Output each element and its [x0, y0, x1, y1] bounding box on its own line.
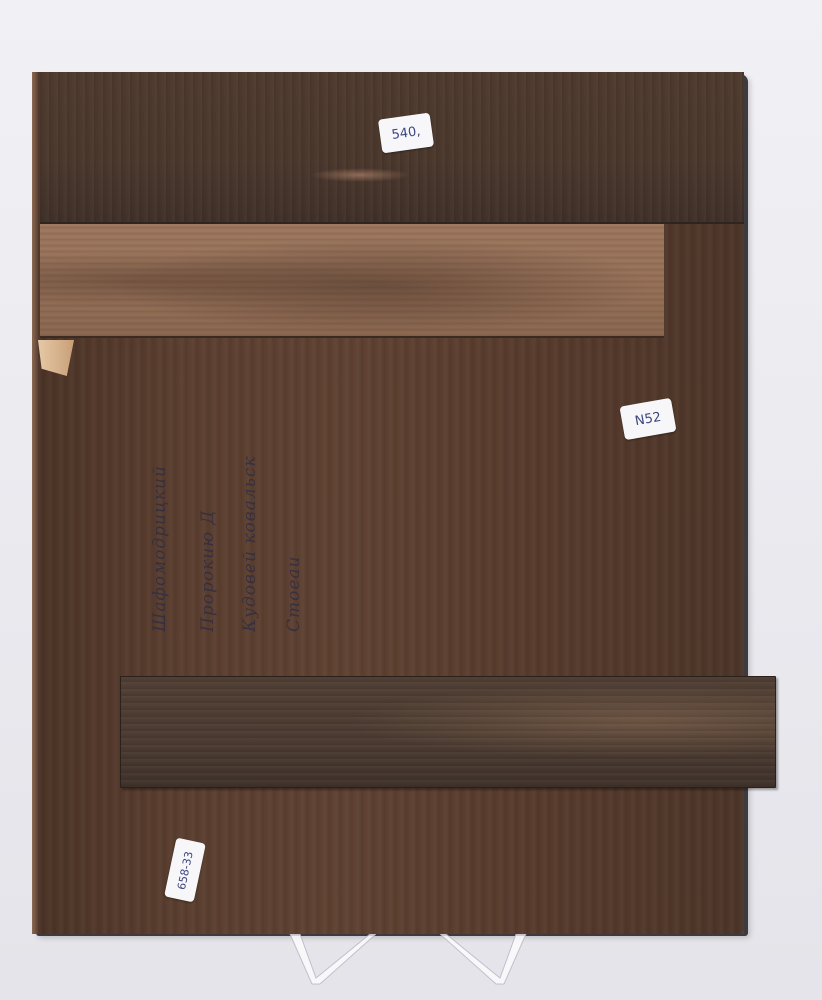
tag-text: 658-33 [175, 850, 196, 891]
inscription-line-1: Шафомодрицкий [150, 465, 170, 632]
inscription-line-4: Стоеаи [284, 555, 304, 632]
price-tag-top: 540, [378, 113, 434, 154]
tag-text: N52 [634, 409, 662, 428]
wooden-panel: Шафомодрицкий Пророкию Д Кудовей ковальс… [32, 72, 744, 934]
wood-chip [38, 340, 74, 376]
inscription-line-3: Кудовей ковальск [240, 455, 260, 632]
acrylic-stand-left [286, 934, 376, 986]
tag-text: 540, [391, 124, 422, 143]
panel-edge [32, 72, 38, 934]
light-wood-slat [40, 224, 664, 338]
bottom-batten [120, 676, 776, 788]
acrylic-stand-right [440, 934, 530, 986]
scuff-mark [310, 168, 410, 182]
inscription-line-2: Пророкию Д [198, 510, 218, 632]
